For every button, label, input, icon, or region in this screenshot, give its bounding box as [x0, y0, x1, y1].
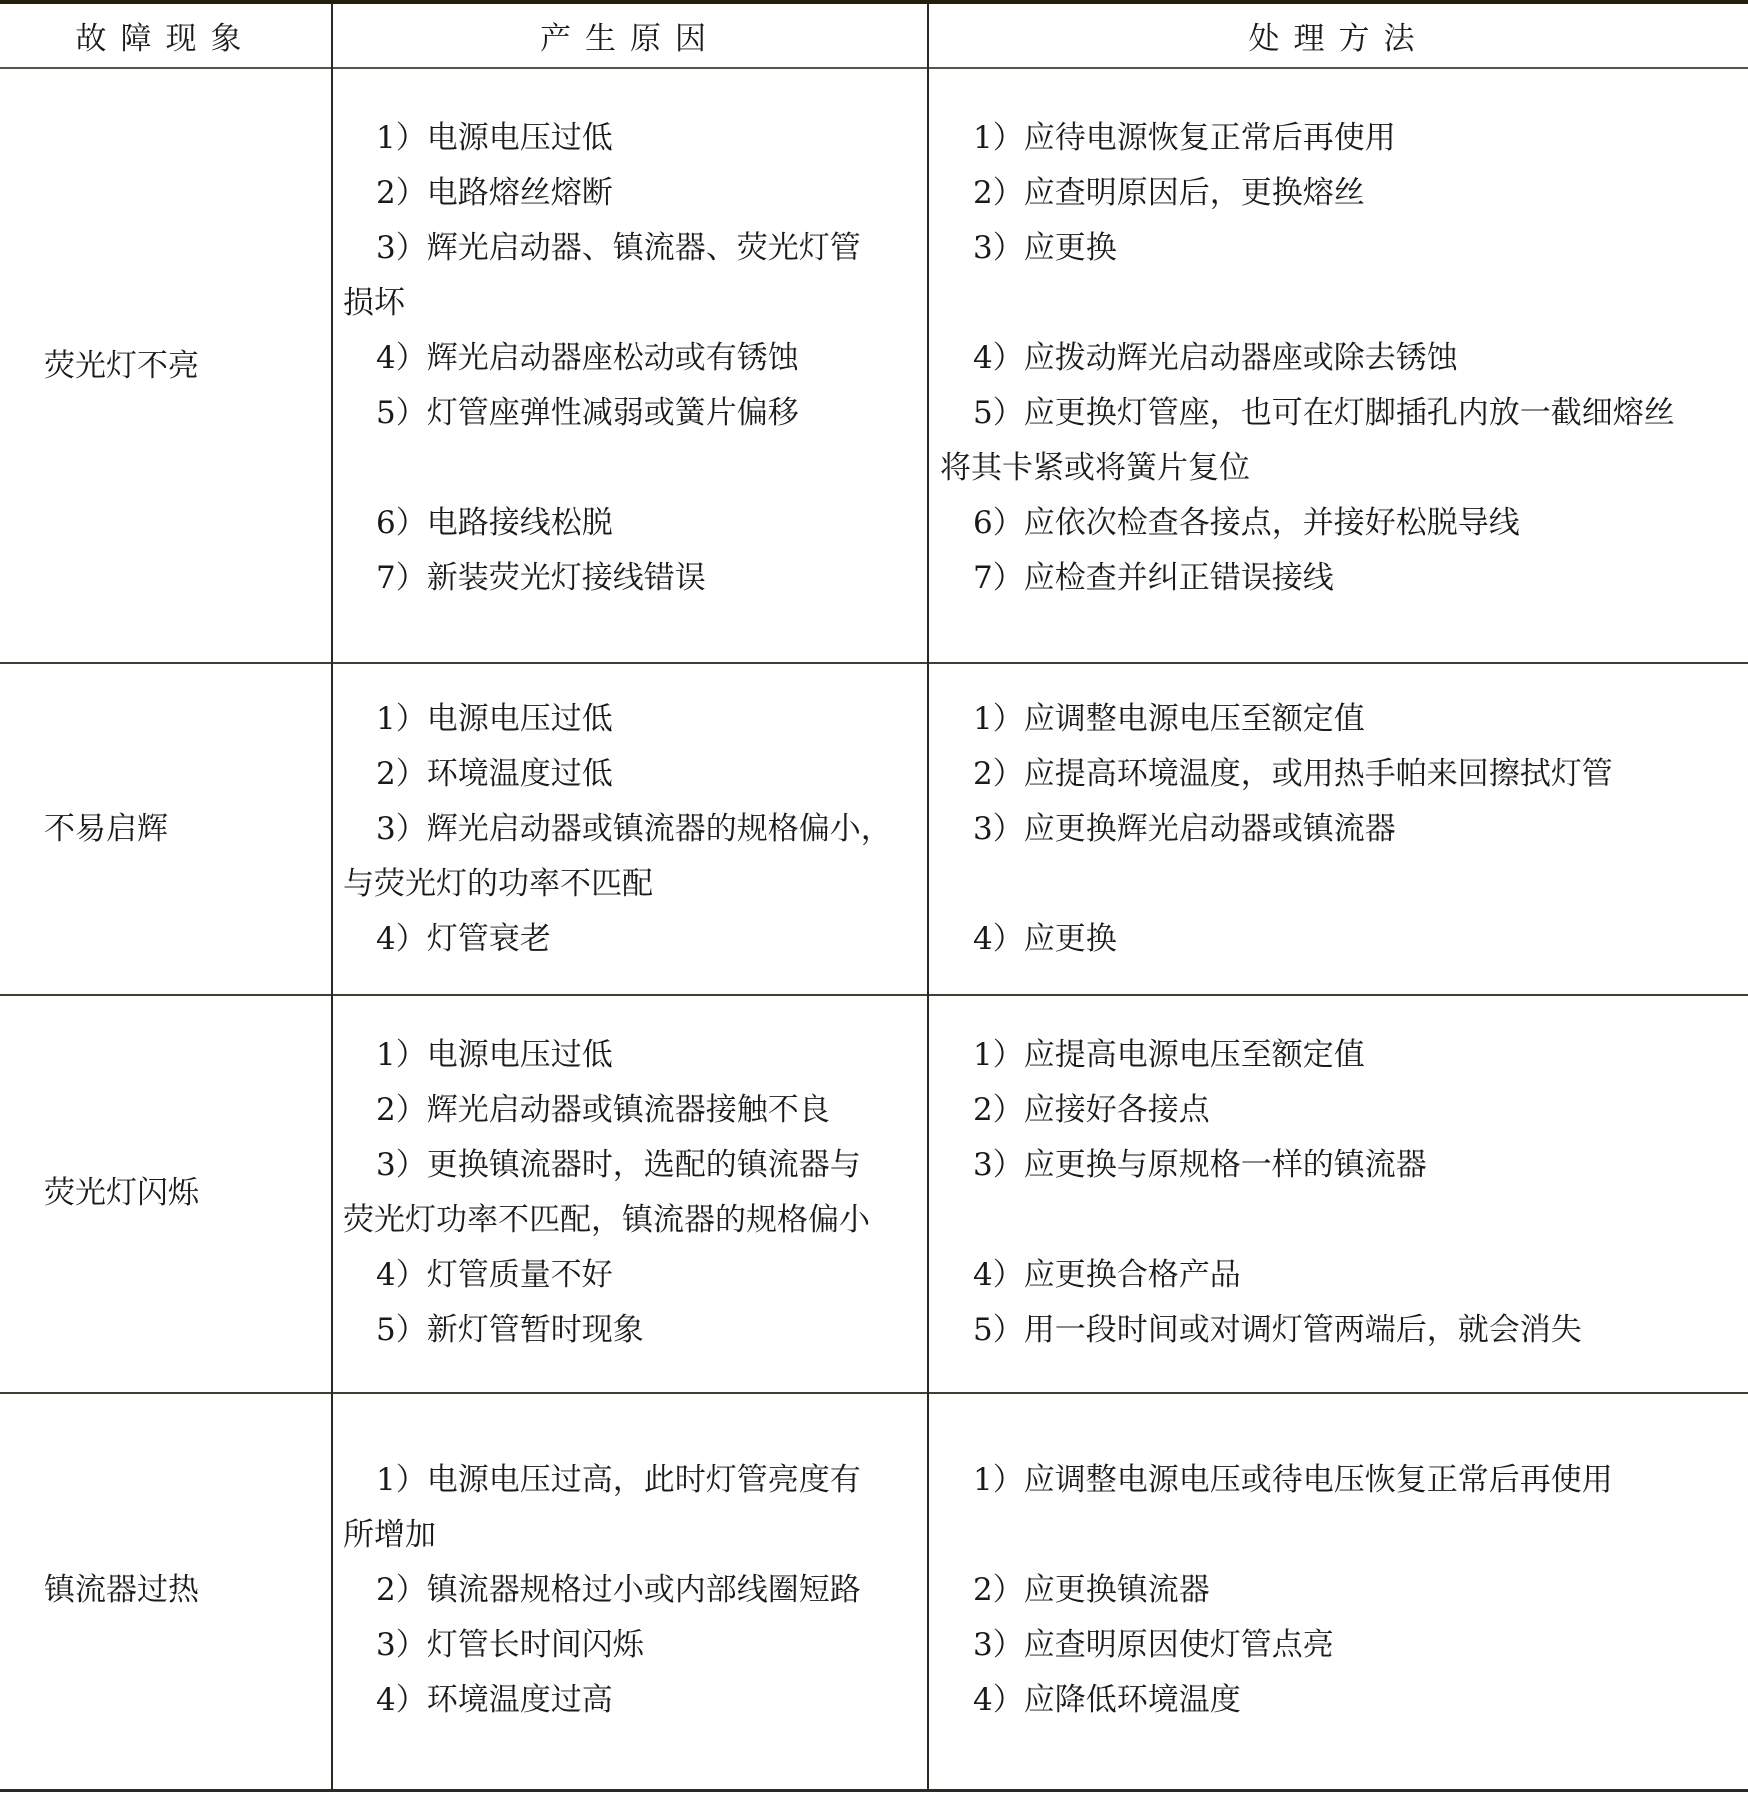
cause-line: 5）灯管座弹性减弱或簧片偏移: [343, 386, 861, 441]
remedy-line: 2）应提高环境温度，或用热手帕来回擦拭灯管: [940, 747, 1613, 802]
remedy-line: [940, 1508, 1613, 1563]
remedies-cell: 1）应提高电源电压至额定值2）应接好各接点3）应更换与原规格一样的镇流器4）应更…: [940, 1028, 1582, 1358]
cause-line: 6）电路接线松脱: [343, 496, 861, 551]
remedy-line: 5）应更换灯管座，也可在灯脚插孔内放一截细熔丝: [940, 386, 1675, 441]
remedy-line: 2）应接好各接点: [940, 1083, 1582, 1138]
remedy-line: [940, 857, 1613, 912]
remedy-line: 3）应更换: [940, 221, 1675, 276]
cause-line: 4）辉光启动器座松动或有锈蚀: [343, 331, 861, 386]
remedy-line: [940, 276, 1675, 331]
symptom-label: 镇流器过热: [44, 1563, 199, 1618]
cause-line: 3）灯管长时间闪烁: [343, 1618, 861, 1673]
fault-table: 故障现象 产生原因 处理方法 荧光灯不亮 不易启辉 荧光灯闪烁 镇流器过热 1）…: [0, 0, 1748, 1793]
remedy-line: 3）应更换辉光启动器或镇流器: [940, 802, 1613, 857]
remedy-line: 1）应提高电源电压至额定值: [940, 1028, 1582, 1083]
remedy-line: 将其卡紧或将簧片复位: [940, 441, 1675, 496]
cause-line: [343, 441, 861, 496]
remedy-line: 3）应更换与原规格一样的镇流器: [940, 1138, 1582, 1193]
remedies-cell: 1）应调整电源电压或待电压恢复正常后再使用2）应更换镇流器3）应查明原因使灯管点…: [940, 1453, 1613, 1728]
header-symptom: 故障现象: [0, 4, 331, 67]
cause-line: 荧光灯功率不匹配，镇流器的规格偏小: [343, 1193, 870, 1248]
cause-line: 5）新灯管暂时现象: [343, 1303, 870, 1358]
cause-line: 1）电源电压过高，此时灯管亮度有: [343, 1453, 861, 1508]
cause-line: 1）电源电压过低: [343, 1028, 870, 1083]
cause-line: 3）辉光启动器、镇流器、荧光灯管: [343, 221, 861, 276]
header-remedy: 处理方法: [929, 4, 1748, 67]
cause-line: 1）电源电压过低: [343, 692, 892, 747]
remedy-line: 3）应查明原因使灯管点亮: [940, 1618, 1613, 1673]
row-divider: [0, 1392, 1748, 1394]
table-bottom-border: [0, 1789, 1748, 1792]
cause-line: 4）灯管质量不好: [343, 1248, 870, 1303]
remedy-line: 4）应降低环境温度: [940, 1673, 1613, 1728]
remedy-line: 4）应更换: [940, 912, 1613, 967]
cause-line: 4）环境温度过高: [343, 1673, 861, 1728]
cause-line: 所增加: [343, 1508, 861, 1563]
remedy-line: 4）应更换合格产品: [940, 1248, 1582, 1303]
cause-line: 损坏: [343, 276, 861, 331]
remedy-line: [940, 1193, 1582, 1248]
cause-line: 4）灯管衰老: [343, 912, 892, 967]
symptom-label: 荧光灯不亮: [44, 339, 199, 394]
causes-cell: 1）电源电压过低2）电路熔丝熔断3）辉光启动器、镇流器、荧光灯管损坏4）辉光启动…: [343, 111, 861, 606]
symptom-label: 不易启辉: [44, 802, 168, 857]
causes-cell: 1）电源电压过低2）环境温度过低3）辉光启动器或镇流器的规格偏小，与荧光灯的功率…: [343, 692, 892, 967]
remedy-line: 1）应待电源恢复正常后再使用: [940, 111, 1675, 166]
cause-line: 2）镇流器规格过小或内部线圈短路: [343, 1563, 861, 1618]
row-divider: [0, 994, 1748, 996]
cause-line: 与荧光灯的功率不匹配: [343, 857, 892, 912]
remedy-line: 5）用一段时间或对调灯管两端后，就会消失: [940, 1303, 1582, 1358]
row-divider: [0, 662, 1748, 664]
causes-cell: 1）电源电压过高，此时灯管亮度有所增加2）镇流器规格过小或内部线圈短路3）灯管长…: [343, 1453, 861, 1728]
column-divider: [331, 3, 333, 1791]
cause-line: 1）电源电压过低: [343, 111, 861, 166]
header-cause: 产生原因: [333, 4, 927, 67]
remedies-cell: 1）应调整电源电压至额定值2）应提高环境温度，或用热手帕来回擦拭灯管3）应更换辉…: [940, 692, 1613, 967]
remedy-line: 4）应拨动辉光启动器座或除去锈蚀: [940, 331, 1675, 386]
cause-line: 3）更换镇流器时，选配的镇流器与: [343, 1138, 870, 1193]
remedy-line: 1）应调整电源电压或待电压恢复正常后再使用: [940, 1453, 1613, 1508]
remedy-line: 7）应检查并纠正错误接线: [940, 551, 1675, 606]
remedies-cell: 1）应待电源恢复正常后再使用2）应查明原因后，更换熔丝3）应更换4）应拨动辉光启…: [940, 111, 1675, 606]
cause-line: 3）辉光启动器或镇流器的规格偏小，: [343, 802, 892, 857]
cause-line: 2）电路熔丝熔断: [343, 166, 861, 221]
header-divider: [0, 67, 1748, 69]
cause-line: 2）环境温度过低: [343, 747, 892, 802]
column-divider: [927, 3, 929, 1791]
remedy-line: 6）应依次检查各接点，并接好松脱导线: [940, 496, 1675, 551]
remedy-line: 1）应调整电源电压至额定值: [940, 692, 1613, 747]
cause-line: 2）辉光启动器或镇流器接触不良: [343, 1083, 870, 1138]
symptom-label: 荧光灯闪烁: [44, 1166, 199, 1221]
remedy-line: 2）应更换镇流器: [940, 1563, 1613, 1618]
remedy-line: 2）应查明原因后，更换熔丝: [940, 166, 1675, 221]
causes-cell: 1）电源电压过低2）辉光启动器或镇流器接触不良3）更换镇流器时，选配的镇流器与荧…: [343, 1028, 870, 1358]
cause-line: 7）新装荧光灯接线错误: [343, 551, 861, 606]
